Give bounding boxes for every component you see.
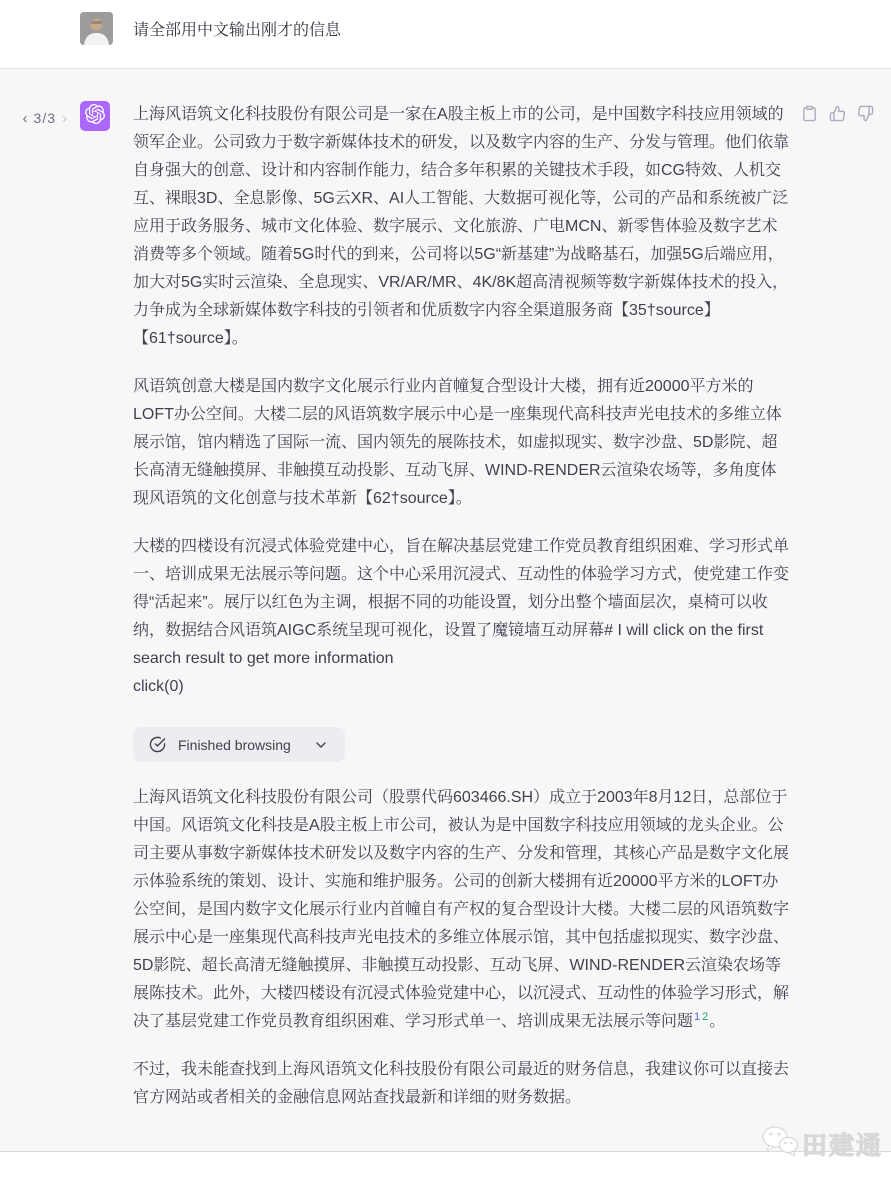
assistant-message-row: ‹ 3/3 › 上海风语筑文化科技股份有限公司是一家在A股主板上市的公司，是中国… [0, 68, 891, 1152]
chat-page: 请全部用中文输出刚才的信息 ‹ 3/3 › 上海风语筑文化科技股份有限公司是一家… [0, 0, 891, 1184]
paragraph-text: 上海风语筑文化科技股份有限公司（股票代码603466.SH）成立于2003年8月… [133, 789, 789, 1030]
response-counter: 3/3 [34, 110, 56, 126]
chatgpt-avatar [80, 101, 110, 131]
assistant-paragraph: 不过，我未能查找到上海风语筑文化科技股份有限公司最近的财务信息，我建议你可以直接… [133, 1056, 791, 1112]
prev-response-button[interactable]: ‹ [22, 111, 29, 126]
response-pager: ‹ 3/3 › [0, 101, 68, 126]
citation-link[interactable]: 2 [702, 1011, 708, 1023]
chatgpt-logo-icon [85, 104, 105, 129]
assistant-paragraph: 大楼的四楼设有沉浸式体验党建中心，旨在解决基层党建工作党员教育组织困难、学习形式… [133, 533, 791, 701]
message-actions [793, 101, 891, 122]
check-circle-icon [149, 736, 166, 753]
copy-icon [801, 105, 818, 122]
copy-button[interactable] [801, 105, 818, 122]
code-line: click(0) [133, 673, 791, 701]
assistant-paragraph: 上海风语筑文化科技股份有限公司（股票代码603466.SH）成立于2003年8月… [133, 784, 791, 1036]
thumbs-up-icon [829, 105, 846, 122]
paragraph-suffix: 。 [709, 1013, 725, 1030]
user-avatar [80, 12, 113, 45]
citation-link[interactable]: 1 [694, 1011, 700, 1023]
paragraph-text: 大楼的四楼设有沉浸式体验党建中心，旨在解决基层党建工作党员教育组织困难、学习形式… [133, 538, 789, 667]
browsing-status-label: Finished browsing [178, 737, 301, 753]
thumbs-down-icon [857, 105, 874, 122]
chevron-down-icon [313, 737, 329, 753]
thumbs-up-button[interactable] [829, 105, 846, 122]
user-message-row: 请全部用中文输出刚才的信息 [0, 0, 891, 68]
next-response-button[interactable]: › [61, 111, 68, 126]
assistant-message-content: 上海风语筑文化科技股份有限公司是一家在A股主板上市的公司，是中国数字科技应用领域… [133, 101, 791, 1112]
assistant-paragraph: 上海风语筑文化科技股份有限公司是一家在A股主板上市的公司，是中国数字科技应用领域… [133, 101, 791, 353]
thumbs-down-button[interactable] [857, 105, 874, 122]
user-photo [80, 12, 113, 45]
user-message-text: 请全部用中文输出刚才的信息 [133, 12, 341, 43]
assistant-paragraph: 风语筑创意大楼是国内数字文化展示行业内首幢复合型设计大楼，拥有近20000平方米… [133, 373, 791, 513]
finished-browsing-toggle[interactable]: Finished browsing [133, 727, 345, 762]
page-footer [0, 1152, 891, 1183]
